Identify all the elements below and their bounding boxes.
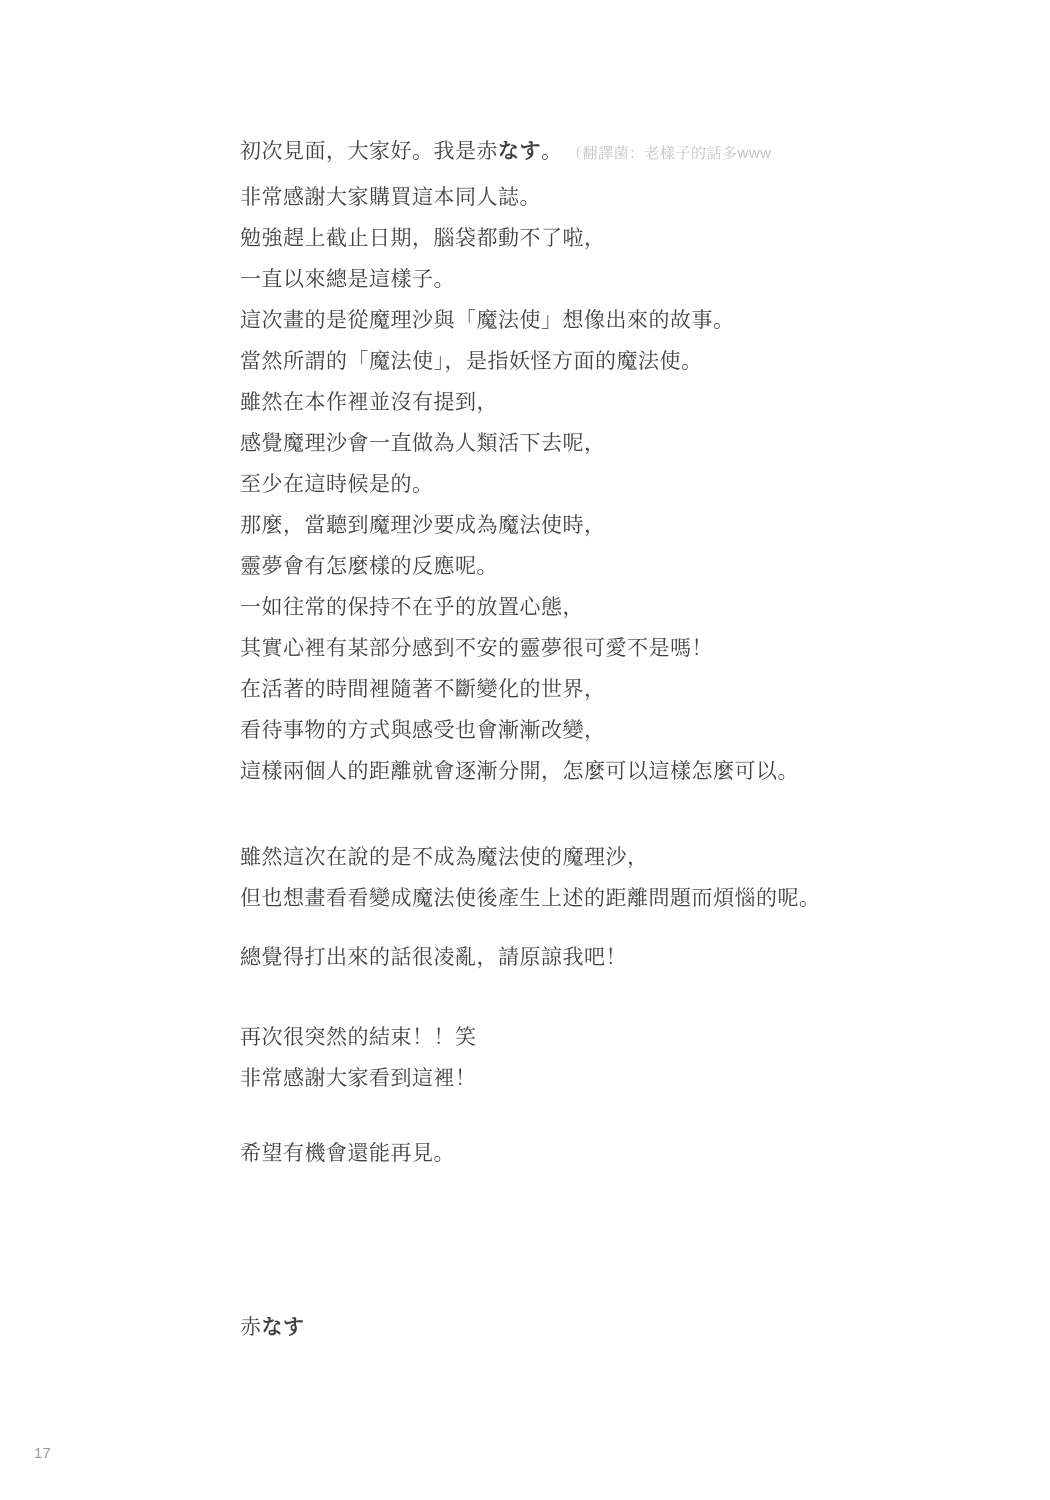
greeting-period: 。	[541, 140, 563, 163]
page-number: 17	[34, 1444, 51, 1464]
text-line: 希望有機會還能再見。	[240, 1133, 940, 1174]
text-line: 雖然這次在說的是不成為魔法使的魔理沙，	[240, 837, 940, 878]
author-signature: 赤なす	[240, 1307, 940, 1348]
text-line: 雖然在本作裡並沒有提到，	[240, 382, 940, 423]
text-line: 在活著的時間裡隨著不斷變化的世界，	[240, 669, 940, 710]
signature-prefix: 赤	[240, 1316, 262, 1339]
text-line: 總覺得打出來的話很凌亂，請原諒我吧！	[240, 937, 940, 978]
translator-note: （翻譯菌：老樣子的話多www	[575, 145, 772, 162]
text-line: 這樣兩個人的距離就會逐漸分開，怎麼可以這樣怎麼可以。	[240, 751, 940, 792]
text-line: 一直以來總是這樣子。	[240, 259, 940, 300]
text-line: 那麼，當聽到魔理沙要成為魔法使時，	[240, 505, 940, 546]
text-line: 但也想畫看看變成魔法使後產生上述的距離問題而煩惱的呢。	[240, 878, 940, 919]
text-line: 非常感謝大家購買這本同人誌。	[240, 177, 940, 218]
text-line: 至少在這時候是的。	[240, 464, 940, 505]
afterword-lines: 非常感謝大家購買這本同人誌。勉強趕上截止日期，腦袋都動不了啦，一直以來總是這樣子…	[240, 177, 940, 1174]
text-line: 這次畫的是從魔理沙與「魔法使」想像出來的故事。	[240, 300, 940, 341]
text-line: 非常感謝大家看到這裡！	[240, 1058, 940, 1099]
text-line: 其實心裡有某部分感到不安的靈夢很可愛不是嗎！	[240, 628, 940, 669]
text-line: 再次很突然的結束！！笑	[240, 1017, 940, 1058]
greeting-main: 初次見面，大家好。我是赤	[240, 140, 498, 163]
afterword-text: 初次見面，大家好。我是赤なす。（翻譯菌：老樣子的話多www 非常感謝大家購買這本…	[240, 131, 940, 1348]
text-line: 當然所謂的「魔法使」，是指妖怪方面的魔法使。	[240, 341, 940, 382]
text-line: 勉強趕上截止日期，腦袋都動不了啦，	[240, 218, 940, 259]
text-line: 看待事物的方式與感受也會漸漸改變，	[240, 710, 940, 751]
text-line: 一如往常的保持不在乎的放置心態，	[240, 587, 940, 628]
text-line: 感覺魔理沙會一直做為人類活下去呢，	[240, 423, 940, 464]
greeting-line: 初次見面，大家好。我是赤なす。（翻譯菌：老樣子的話多www	[240, 131, 940, 172]
signature-author-jp: なす	[262, 1316, 305, 1339]
afterword-page: 初次見面，大家好。我是赤なす。（翻譯菌：老樣子的話多www 非常感謝大家購買這本…	[0, 0, 1050, 1500]
author-name-jp: なす	[498, 140, 541, 163]
text-line: 靈夢會有怎麼樣的反應呢。	[240, 546, 940, 587]
